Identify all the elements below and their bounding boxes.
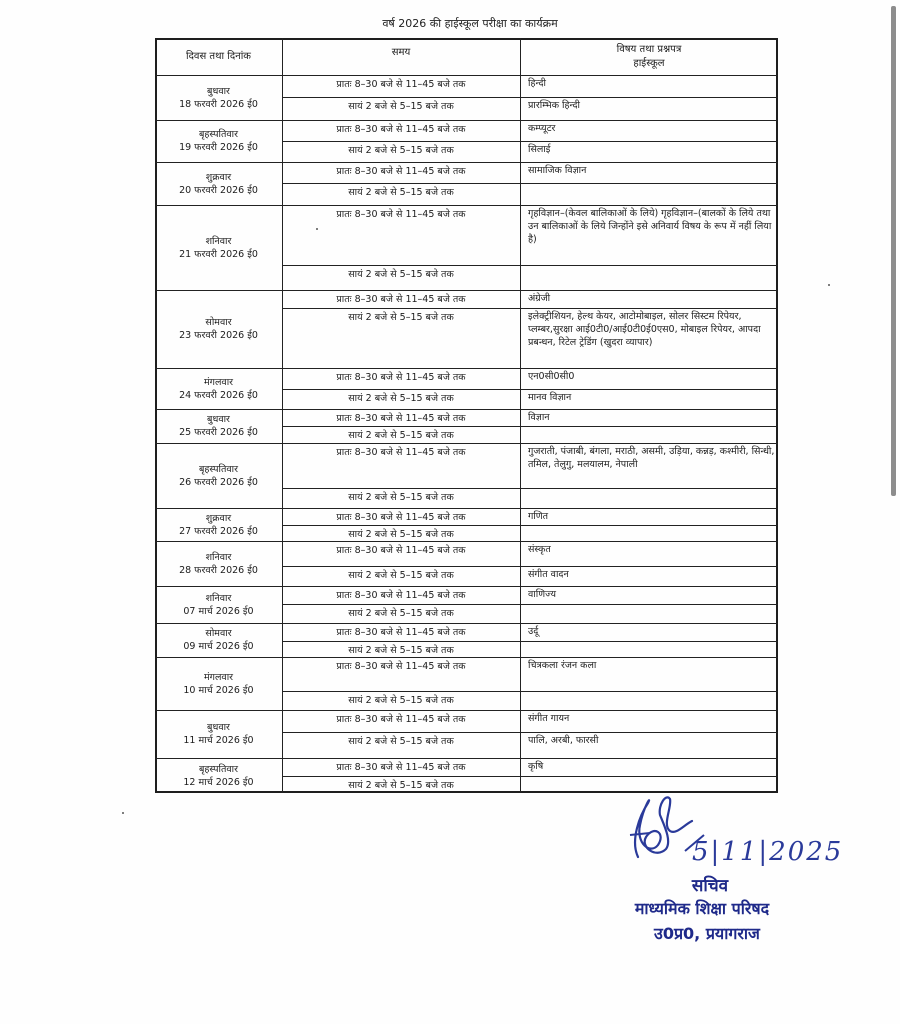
day-name: सोमवार	[205, 627, 231, 640]
stamp-office: माध्यमिक शिक्षा परिषद	[602, 897, 802, 919]
exam-schedule-table: दिवस तथा दिनांक समय विषय तथा प्रश्नपत्र …	[155, 38, 778, 793]
evening-time-cell: सायं 2 बजे से 5–15 बजे तक	[282, 183, 520, 205]
stamp-designation: सचिव	[670, 873, 750, 896]
exam-date: 27 फरवरी 2026 ई0	[179, 525, 258, 538]
day-date-cell: बृहस्पतिवार12 मार्च 2026 ई0	[155, 758, 282, 793]
session-divider	[282, 389, 778, 390]
exam-date: 10 मार्च 2026 ई0	[183, 684, 253, 697]
evening-subject-cell: प्रारम्भिक हिन्दी	[520, 97, 778, 120]
evening-subject-cell	[520, 691, 778, 710]
evening-time-cell: सायं 2 बजे से 5–15 बजे तक	[282, 566, 520, 586]
exam-date: 12 मार्च 2026 ई0	[183, 776, 253, 789]
evening-time-cell: सायं 2 बजे से 5–15 बजे तक	[282, 308, 520, 368]
morning-subject-cell: संगीत गायन	[520, 710, 778, 732]
morning-time-cell: प्रातः 8–30 बजे से 11–45 बजे तक	[282, 368, 520, 389]
session-divider	[282, 525, 778, 526]
morning-time-cell: प्रातः 8–30 बजे से 11–45 बजे तक	[282, 409, 520, 426]
morning-time-cell: प्रातः 8–30 बजे से 11–45 बजे तक	[282, 443, 520, 488]
day-date-cell: सोमवार23 फरवरी 2026 ई0	[155, 290, 282, 368]
morning-subject-cell: कृषि	[520, 758, 778, 776]
day-name: बृहस्पतिवार	[199, 128, 238, 141]
session-divider	[282, 776, 778, 777]
day-date-cell: शनिवार21 फरवरी 2026 ई0	[155, 205, 282, 290]
evening-subject-cell	[520, 265, 778, 290]
evening-subject-cell	[520, 641, 778, 657]
evening-time-cell: सायं 2 बजे से 5–15 बजे तक	[282, 265, 520, 290]
day-name: शनिवार	[206, 235, 232, 248]
morning-subject-cell: हिन्दी	[520, 75, 778, 97]
morning-subject-cell: सामाजिक विज्ञान	[520, 162, 778, 183]
morning-subject-cell: चित्रकला रंजन कला	[520, 657, 778, 691]
header-subject-line1: विषय तथा प्रश्नपत्र	[617, 43, 682, 57]
header-subject-line2: हाईस्कूल	[633, 57, 664, 71]
header-subject: विषय तथा प्रश्नपत्र हाईस्कूल	[520, 38, 778, 75]
day-date-cell: बुधवार25 फरवरी 2026 ई0	[155, 409, 282, 443]
morning-time-cell: प्रातः 8–30 बजे से 11–45 बजे तक	[282, 710, 520, 732]
session-divider	[282, 183, 778, 184]
evening-subject-cell: मानव विज्ञान	[520, 389, 778, 409]
day-date-cell: मंगलवार24 फरवरी 2026 ई0	[155, 368, 282, 409]
evening-time-cell: सायं 2 बजे से 5–15 बजे तक	[282, 732, 520, 758]
scan-speck	[122, 812, 124, 814]
day-name: शुक्रवार	[206, 171, 231, 184]
exam-date: 25 फरवरी 2026 ई0	[179, 426, 258, 439]
day-date-cell: शनिवार28 फरवरी 2026 ई0	[155, 541, 282, 586]
exam-date: 26 फरवरी 2026 ई0	[179, 476, 258, 489]
signature-block: 5|11|2025 सचिव माध्यमिक शिक्षा परिषद उ0प…	[600, 785, 820, 955]
morning-time-cell: प्रातः 8–30 बजे से 11–45 बजे तक	[282, 120, 520, 141]
day-date-cell: बुधवार11 मार्च 2026 ई0	[155, 710, 282, 758]
session-divider	[282, 265, 778, 266]
day-date-cell: बृहस्पतिवार26 फरवरी 2026 ई0	[155, 443, 282, 508]
session-divider	[282, 488, 778, 489]
evening-subject-cell	[520, 604, 778, 623]
morning-time-cell: प्रातः 8–30 बजे से 11–45 बजे तक	[282, 657, 520, 691]
evening-time-cell: सायं 2 बजे से 5–15 बजे तक	[282, 426, 520, 443]
session-divider	[282, 691, 778, 692]
stamp-location: उ0प्र0, प्रयागराज	[622, 922, 792, 944]
day-date-cell: बुधवार18 फरवरी 2026 ई0	[155, 75, 282, 120]
session-divider	[282, 604, 778, 605]
morning-subject-cell: गणित	[520, 508, 778, 525]
evening-time-cell: सायं 2 बजे से 5–15 बजे तक	[282, 604, 520, 623]
evening-subject-cell: पालि, अरबी, फारसी	[520, 732, 778, 758]
day-name: बृहस्पतिवार	[199, 463, 238, 476]
morning-time-cell: प्रातः 8–30 बजे से 11–45 बजे तक	[282, 623, 520, 641]
morning-time-cell: प्रातः 8–30 बजे से 11–45 बजे तक	[282, 205, 520, 265]
day-date-cell: सोमवार09 मार्च 2026 ई0	[155, 623, 282, 657]
morning-subject-cell: अंग्रेजी	[520, 290, 778, 308]
session-divider	[282, 308, 778, 309]
session-divider	[282, 732, 778, 733]
exam-date: 24 फरवरी 2026 ई0	[179, 389, 258, 402]
exam-date: 19 फरवरी 2026 ई0	[179, 141, 258, 154]
evening-subject-cell	[520, 426, 778, 443]
header-day-date: दिवस तथा दिनांक	[155, 38, 282, 75]
evening-subject-cell: इलेक्ट्रीशियन, हेल्थ केयर, आटोमोबाइल, सो…	[520, 308, 778, 368]
morning-subject-cell: कम्प्यूटर	[520, 120, 778, 141]
session-divider	[282, 141, 778, 142]
morning-subject-cell: उर्दू	[520, 623, 778, 641]
evening-time-cell: सायं 2 बजे से 5–15 बजे तक	[282, 488, 520, 508]
scan-speck	[828, 284, 830, 286]
morning-time-cell: प्रातः 8–30 बजे से 11–45 बजे तक	[282, 75, 520, 97]
evening-time-cell: सायं 2 बजे से 5–15 बजे तक	[282, 97, 520, 120]
session-divider	[282, 426, 778, 427]
morning-subject-cell: एन0सी0सी0	[520, 368, 778, 389]
evening-time-cell: सायं 2 बजे से 5–15 बजे तक	[282, 641, 520, 657]
morning-time-cell: प्रातः 8–30 बजे से 11–45 बजे तक	[282, 541, 520, 566]
day-name: मंगलवार	[204, 376, 233, 389]
day-name: बुधवार	[207, 721, 230, 734]
exam-date: 21 फरवरी 2026 ई0	[179, 248, 258, 261]
exam-date: 11 मार्च 2026 ई0	[183, 734, 253, 747]
morning-time-cell: प्रातः 8–30 बजे से 11–45 बजे तक	[282, 586, 520, 604]
evening-time-cell: सायं 2 बजे से 5–15 बजे तक	[282, 525, 520, 541]
document-title: वर्ष 2026 की हाईस्कूल परीक्षा का कार्यक्…	[320, 16, 620, 31]
day-name: बुधवार	[207, 85, 230, 98]
exam-date: 28 फरवरी 2026 ई0	[179, 564, 258, 577]
document-page: वर्ष 2026 की हाईस्कूल परीक्षा का कार्यक्…	[0, 0, 900, 1024]
morning-time-cell: प्रातः 8–30 बजे से 11–45 बजे तक	[282, 162, 520, 183]
exam-date: 09 मार्च 2026 ई0	[183, 640, 253, 653]
day-name: शुक्रवार	[206, 512, 231, 525]
morning-subject-cell: गुजराती, पंजाबी, बंगला, मराठी, असमी, उड़…	[520, 443, 778, 488]
day-name: सोमवार	[205, 316, 231, 329]
morning-subject-cell: वाणिज्य	[520, 586, 778, 604]
header-time: समय	[282, 38, 520, 75]
day-name: मंगलवार	[204, 671, 233, 684]
day-name: बुधवार	[207, 413, 230, 426]
day-date-cell: शुक्रवार20 फरवरी 2026 ई0	[155, 162, 282, 205]
exam-date: 07 मार्च 2026 ई0	[183, 605, 253, 618]
day-date-cell: शुक्रवार27 फरवरी 2026 ई0	[155, 508, 282, 541]
morning-time-cell: प्रातः 8–30 बजे से 11–45 बजे तक	[282, 290, 520, 308]
exam-date: 23 फरवरी 2026 ई0	[179, 329, 258, 342]
evening-subject-cell	[520, 183, 778, 205]
scan-speck	[316, 228, 318, 230]
morning-subject-cell: विज्ञान	[520, 409, 778, 426]
morning-time-cell: प्रातः 8–30 बजे से 11–45 बजे तक	[282, 508, 520, 525]
evening-time-cell: सायं 2 बजे से 5–15 बजे तक	[282, 776, 520, 793]
morning-subject-cell: गृहविज्ञान–(केवल बालिकाओं के लिये) गृहवि…	[520, 205, 778, 265]
session-divider	[282, 641, 778, 642]
evening-time-cell: सायं 2 बजे से 5–15 बजे तक	[282, 389, 520, 409]
day-name: शनिवार	[206, 592, 232, 605]
evening-time-cell: सायं 2 बजे से 5–15 बजे तक	[282, 141, 520, 162]
evening-time-cell: सायं 2 बजे से 5–15 बजे तक	[282, 691, 520, 710]
morning-subject-cell: संस्कृत	[520, 541, 778, 566]
vertical-scrollbar[interactable]	[891, 6, 896, 496]
exam-date: 20 फरवरी 2026 ई0	[179, 184, 258, 197]
session-divider	[282, 566, 778, 567]
signature-date: 5|11|2025	[692, 837, 843, 867]
evening-subject-cell	[520, 488, 778, 508]
session-divider	[282, 97, 778, 98]
exam-date: 18 फरवरी 2026 ई0	[179, 98, 258, 111]
evening-subject-cell: सिलाई	[520, 141, 778, 162]
morning-time-cell: प्रातः 8–30 बजे से 11–45 बजे तक	[282, 758, 520, 776]
evening-subject-cell: संगीत वादन	[520, 566, 778, 586]
day-date-cell: मंगलवार10 मार्च 2026 ई0	[155, 657, 282, 710]
day-name: शनिवार	[206, 551, 232, 564]
evening-subject-cell	[520, 525, 778, 541]
day-name: बृहस्पतिवार	[199, 763, 238, 776]
day-date-cell: बृहस्पतिवार19 फरवरी 2026 ई0	[155, 120, 282, 162]
day-date-cell: शनिवार07 मार्च 2026 ई0	[155, 586, 282, 623]
